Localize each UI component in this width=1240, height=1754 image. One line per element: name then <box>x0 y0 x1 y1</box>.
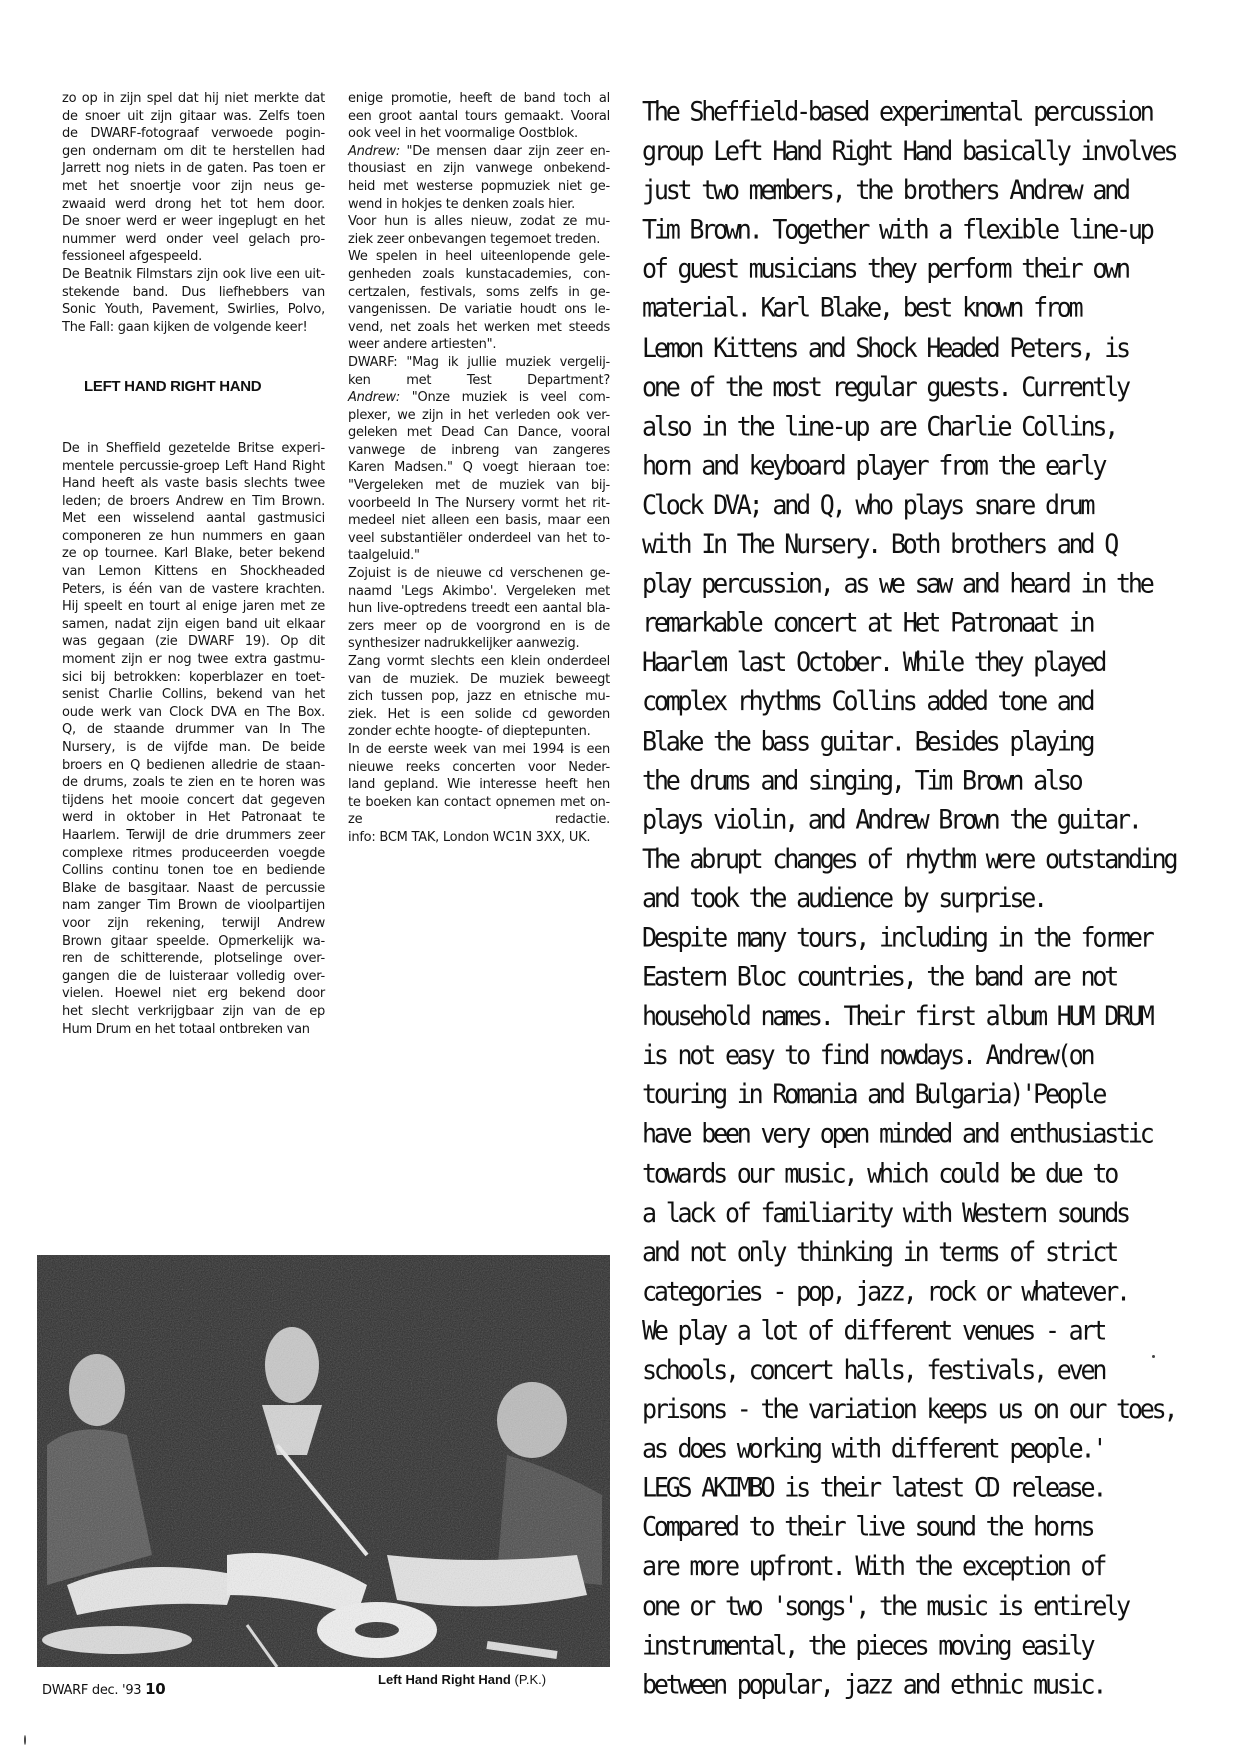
text-line: plays violin, and Andrew Brown the guita… <box>642 800 1222 839</box>
text-line: prisons - the variation keeps us on our … <box>642 1390 1222 1429</box>
text-line: DWARF: "Mag ik jullie muziek vergelij- <box>348 354 610 372</box>
text-line: info: BCM TAK, London WC1N 3XX, UK. <box>348 829 610 847</box>
text-line: one or two 'songs', the music is entirel… <box>642 1586 1222 1625</box>
text-line: Brown gitaar speelde. Opmerkelijk wa- <box>62 933 325 951</box>
text-line: De in Sheffield gezetelde Britse experi- <box>62 440 325 458</box>
text-line: met het snoertje voor zijn neus ge- <box>62 178 325 196</box>
text-line: Compared to their live sound the horns <box>642 1507 1222 1546</box>
text-line: Haarlem. Terwijl de drie drummers zeer <box>62 827 325 845</box>
text-line: Jarrett nog niets in de gaten. Pas toen … <box>62 160 325 178</box>
text-line: just two members, the brothers Andrew an… <box>642 171 1222 210</box>
text-line: instrumental, the pieces moving easily <box>642 1625 1222 1664</box>
paragraph-jarrett-anecdote: zo op in zijn spel dat hij niet merkte d… <box>62 90 325 266</box>
band-photo <box>37 1255 610 1667</box>
text-line: geleken met Dead Can Dance, vooral <box>348 424 610 442</box>
text-line: a lack of familiarity with Western sound… <box>642 1193 1222 1232</box>
text-line: fessioneel afgespeeld. <box>62 248 325 266</box>
text-line: complexe ritmes produceerden voegde <box>62 845 325 863</box>
text-line: Nursery, is de vijfde man. De beide <box>62 739 325 757</box>
text-line: de snoer uit zijn gitaar was. Zelfs toen <box>62 108 325 126</box>
text-line: Lemon Kittens and Shock Headed Peters, i… <box>642 328 1222 367</box>
scan-speck <box>24 1735 26 1745</box>
text-line: vangenissen. De variatie houdt ons le- <box>348 301 610 319</box>
text-line: De snoer werd er weer ingeplugt en het <box>62 213 325 231</box>
text-line: Collins continu tonen toe en bediende <box>62 862 325 880</box>
text-line: hun live-optredens treedt een aantal bla… <box>348 600 610 618</box>
text-line: heid met westerse popmuziek niet ge- <box>348 178 610 196</box>
text-line: horn and keyboard player from the early <box>642 446 1222 485</box>
text-line: zo op in zijn spel dat hij niet merkte d… <box>62 90 325 108</box>
text-line: Karen Madsen." Q voegt hieraan toe: <box>348 459 610 477</box>
text-line: gangen die de luisteraar volledig over- <box>62 968 325 986</box>
left-column: zo op in zijn spel dat hij niet merkte d… <box>62 90 325 1038</box>
text-line: De Beatnik Filmstars zijn ook live een u… <box>62 266 325 284</box>
text-line: are more upfront. With the exception of <box>642 1547 1222 1586</box>
text-line: een groot aantal tours gemaakt. Vooral <box>348 108 610 126</box>
text-line: vanwege de inbreng van zangeres <box>348 442 610 460</box>
text-line: gen ondernam om dit te herstellen had <box>62 143 325 161</box>
text-line: werd in oktober in Het Patronaat te <box>62 809 325 827</box>
band-photo-image <box>37 1255 610 1667</box>
text-line: Hum Drum en het totaal ontbreken van <box>62 1021 325 1039</box>
text-line: stekende band. Dus liefhebbers van <box>62 284 325 302</box>
text-line: weer andere artiesten". <box>348 336 610 354</box>
text-line: Andrew: "De mensen daar zijn zeer en- <box>348 143 610 161</box>
text-line: complex rhythms Collins added tone and <box>642 682 1222 721</box>
text-line: land gepland. Wie interesse heeft hen <box>348 776 610 794</box>
text-line: Blake de basgitaar. Naast de percussie <box>62 880 325 898</box>
photo-caption: Left Hand Right Hand (P.K.) <box>378 1672 546 1687</box>
text-line: Blake the bass guitar. Besides playing <box>642 721 1222 760</box>
text-line: vielen. Hoewel niet erg bekend door <box>62 985 325 1003</box>
text-line: oude werk van Clock DVA en The Box. <box>62 704 325 722</box>
article-heading: LEFT HAND RIGHT HAND <box>84 378 325 396</box>
text-line: leden; de broers Andrew en Tim Brown. <box>62 493 325 511</box>
text-line: componeren ze hun nummers en gaan <box>62 528 325 546</box>
text-line: Sonic Youth, Pavement, Swirlies, Polvo, <box>62 301 325 319</box>
text-line: Hand heeft als vaste basis slechts twee <box>62 475 325 493</box>
text-line: medeel niet alleen een basis, maar een <box>348 512 610 530</box>
text-line: tijdens het mooie concert dat gegeven <box>62 792 325 810</box>
text-line: Andrew: "Onze muziek is veel com- <box>348 389 610 407</box>
text-line: synthesizer nadrukkelijker aanwezig. <box>348 635 610 653</box>
text-line: zich tussen pop, jazz en etnische mu- <box>348 688 610 706</box>
text-line: Tim Brown. Together with a flexible line… <box>642 210 1222 249</box>
text-line: Peters, is één van de vastere krachten. <box>62 581 325 599</box>
text-line: Clock DVA; and Q, who plays snare drum <box>642 485 1222 524</box>
text-line: categories - pop, jazz, rock or whatever… <box>642 1272 1222 1311</box>
text-line: ze op tournee. Karl Blake, beter bekend <box>62 545 325 563</box>
paragraph-beatnik-filmstars: De Beatnik Filmstars zijn ook live een u… <box>62 266 325 336</box>
text-line: group Left Hand Right Hand basically inv… <box>642 131 1222 170</box>
scan-speck <box>1152 1355 1155 1358</box>
text-line: ze redactie. <box>348 811 610 829</box>
text-line: certzalen, festivals, soms zelfs in ge- <box>348 284 610 302</box>
text-line: van Lemon Kittens en Shockheaded <box>62 563 325 581</box>
text-line: broers en Q bedienen alledrie de staan- <box>62 757 325 775</box>
text-line: schools, concert halls, festivals, even <box>642 1350 1222 1389</box>
text-line: and took the audience by surprise. <box>642 878 1222 917</box>
text-line: "Vergeleken met de muziek van bij- <box>348 477 610 495</box>
text-line: naamd 'Legs Akimbo'. Vergeleken met <box>348 583 610 601</box>
text-line: Hij speelt en tourt al enige jaren met z… <box>62 598 325 616</box>
text-line: Zojuist is de nieuwe cd verschenen ge- <box>348 565 610 583</box>
text-line: zwaaid werd drong het tot hem door. <box>62 196 325 214</box>
text-line: In de eerste week van mei 1994 is een <box>348 741 610 759</box>
text-line: nummer werd onder veel gelach pro- <box>62 231 325 249</box>
text-line: We play a lot of different venues - art <box>642 1311 1222 1350</box>
text-line: Despite many tours, including in the for… <box>642 918 1222 957</box>
paragraph-lhrh-intro: De in Sheffield gezetelde Britse experi-… <box>62 440 325 1038</box>
text-line: LEGS AKIMBO is their latest CD release. <box>642 1468 1222 1507</box>
text-line: The Sheffield-based experimental percuss… <box>642 92 1222 131</box>
text-line: ziek. Het is een solide cd geworden <box>348 706 610 724</box>
photo-credit: (P.K.) <box>515 1672 547 1687</box>
publication-name: DWARF dec. '93 <box>42 1683 141 1698</box>
text-line: sici bij betrokken: koperblazer en toet- <box>62 669 325 687</box>
english-translation-column: The Sheffield-based experimental percuss… <box>642 92 1222 1704</box>
text-line: taalgeluid." <box>348 547 610 565</box>
text-line: ziek zeer onbevangen tegemoet treden. <box>348 231 610 249</box>
text-line: one of the most regular guests. Currentl… <box>642 367 1222 406</box>
text-line: ren de schitterende, plotselinge over- <box>62 950 325 968</box>
text-line: enige promotie, heeft de band toch al <box>348 90 610 108</box>
text-line: Voor hun is alles nieuw, zodat ze mu- <box>348 213 610 231</box>
text-line: also in the line-up are Charlie Collins, <box>642 407 1222 446</box>
text-line: de DWARF-fotograaf verwoede pogin- <box>62 125 325 143</box>
text-line: touring in Romania and Bulgaria)'People <box>642 1075 1222 1114</box>
text-line: The abrupt changes of rhythm were outsta… <box>642 839 1222 878</box>
text-line: have been very open minded and enthusias… <box>642 1114 1222 1153</box>
text-line: ook veel in het voormalige Oostblok. <box>348 125 610 143</box>
page-footer: DWARF dec. '93 10 <box>42 1680 165 1698</box>
text-line: zonder echte hoogte- of dieptepunten. <box>348 723 610 741</box>
text-line: The Fall: gaan kijken de volgende keer! <box>62 319 325 337</box>
text-line: voorbeeld In The Nursery vormt het rit- <box>348 495 610 513</box>
text-line: with In The Nursery. Both brothers and Q <box>642 525 1222 564</box>
text-line: Met een wisselend aantal gastmusici <box>62 510 325 528</box>
text-line: remarkable concert at Het Patronaat in <box>642 603 1222 642</box>
middle-column: enige promotie, heeft de band toch aleen… <box>348 90 610 847</box>
text-line: of guest musicians they perform their ow… <box>642 249 1222 288</box>
text-line: Zang vormt slechts een klein onderdeel <box>348 653 610 671</box>
text-line: senist Charlie Collins, bekend van het <box>62 686 325 704</box>
text-line: We spelen in heel uiteenlopende gele- <box>348 248 610 266</box>
text-line: Eastern Bloc countries, the band are not <box>642 957 1222 996</box>
text-line: Q, de staande drummer van In The <box>62 721 325 739</box>
text-line: van de muziek. De muziek beweegt <box>348 671 610 689</box>
text-line: genheden zoals kunstacademies, con- <box>348 266 610 284</box>
text-line: vend, net zoals het werken met steeds <box>348 319 610 337</box>
text-line: was gegaan (zie DWARF 19). Op dit <box>62 633 325 651</box>
text-line: veel substantiëler onderdeel van het to- <box>348 530 610 548</box>
text-line: samen, nadat zijn eigen band uit elkaar <box>62 616 325 634</box>
text-line: ken met Test Department? <box>348 372 610 390</box>
text-line: Haarlem last October. While they played <box>642 642 1222 681</box>
text-line: household names. Their first album HUM D… <box>642 996 1222 1035</box>
page-number: 10 <box>145 1680 165 1698</box>
text-line: plexer, we zijn in het verleden ook ver- <box>348 407 610 425</box>
text-line: het slecht verkrijgbaar zijn van de ep <box>62 1003 325 1021</box>
text-line: between popular, jazz and ethnic music. <box>642 1665 1222 1704</box>
text-line: moment zijn er nog twee extra gastmu- <box>62 651 325 669</box>
text-line: and not only thinking in terms of strict <box>642 1232 1222 1271</box>
text-line: mentele percussie-groep Left Hand Right <box>62 458 325 476</box>
text-line: zers meer op de voorgrond en is de <box>348 618 610 636</box>
text-line: wend in hokjes te denken zoals hier. <box>348 196 610 214</box>
text-line: as does working with different people.' <box>642 1429 1222 1468</box>
text-line: voor zijn rekening, terwijl Andrew <box>62 915 325 933</box>
text-line: nieuwe reeks concerten voor Neder- <box>348 759 610 777</box>
text-line: thousiast en zijn vanwege onbekend- <box>348 160 610 178</box>
photo-caption-title: Left Hand Right Hand <box>378 1672 511 1687</box>
text-line: material. Karl Blake, best known from <box>642 289 1222 328</box>
text-line: is not easy to find nowdays. Andrew(on <box>642 1036 1222 1075</box>
text-line: nam zanger Tim Brown de vioolpartijen <box>62 897 325 915</box>
text-line: towards our music, which could be due to <box>642 1154 1222 1193</box>
text-line: de drums, zoals te zien en te horen was <box>62 774 325 792</box>
text-line: te boeken kan contact opnemen met on- <box>348 794 610 812</box>
text-line: the drums and singing, Tim Brown also <box>642 760 1222 799</box>
text-line: play percussion, as we saw and heard in … <box>642 564 1222 603</box>
